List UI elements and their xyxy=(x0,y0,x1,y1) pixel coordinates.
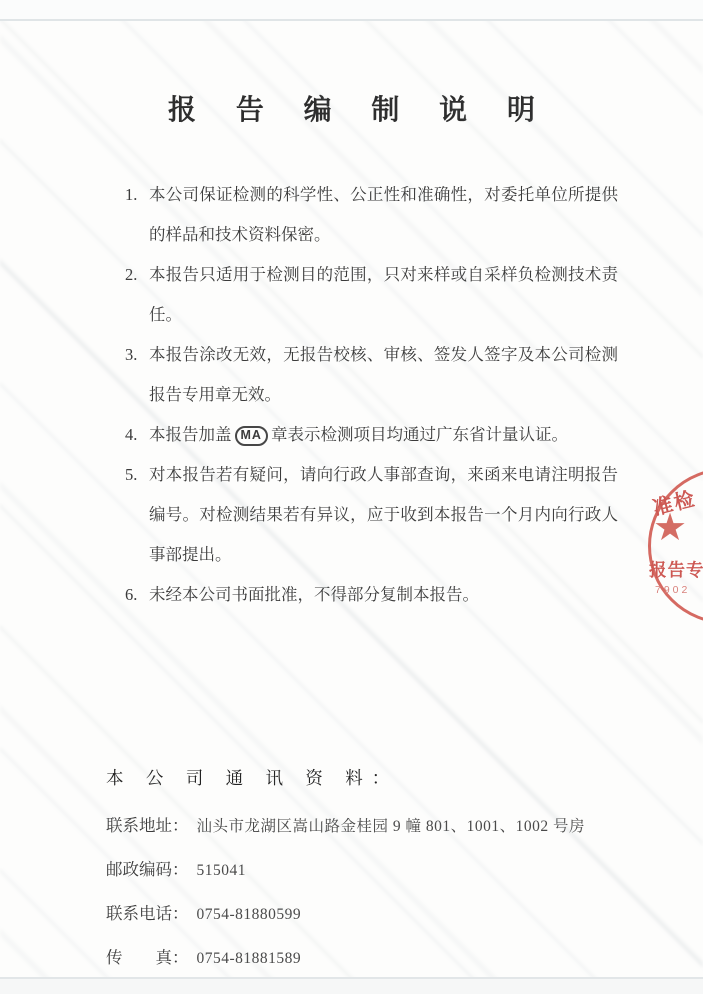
contact-row-fax: 传 真： 0754-81881589 xyxy=(106,944,703,968)
scan-artifact-top-strip xyxy=(0,0,703,19)
list-item-number: 2. xyxy=(125,255,149,335)
contact-heading: 本 公 司 通 讯 资 料： xyxy=(106,765,703,790)
list-item-text: 对本报告若有疑问，请向行政人事部查询，来函来电请注明报告编号。对检测结果若有异议… xyxy=(149,455,618,575)
contact-label: 联系地址： xyxy=(106,812,189,836)
stamp-center-text: 报告专 xyxy=(649,557,703,582)
contact-row-postcode: 邮政编码： 515041 xyxy=(106,856,703,880)
scanned-report-page: 报 告 编 制 说 明 1. 本公司保证检测的科学性、公正性和准确性，对委托单位… xyxy=(0,0,703,994)
list-item-text-after: 章表示检测项目均通过广东省计量认证。 xyxy=(271,425,568,444)
list-item-number: 1. xyxy=(125,175,149,255)
stamp-number: 7902 xyxy=(655,584,690,596)
scan-artifact-top-line xyxy=(0,19,703,21)
red-seal-stamp: 准检 ★ 报告专 7902 xyxy=(648,468,703,624)
star-icon: ★ xyxy=(653,509,687,547)
list-item-number: 5. xyxy=(125,455,149,575)
list-item: 2. 本报告只适用于检测目的范围，只对来样或自采样负检测技术责任。 xyxy=(125,255,618,335)
contact-label: 邮政编码： xyxy=(106,856,189,880)
contact-label: 传 真： xyxy=(106,944,189,968)
list-item-text: 本报告加盖MA章表示检测项目均通过广东省计量认证。 xyxy=(149,415,618,455)
contact-value: 0754-81880599 xyxy=(197,906,302,924)
list-item-number: 6. xyxy=(125,575,149,615)
list-item-text: 本报告只适用于检测目的范围，只对来样或自采样负检测技术责任。 xyxy=(149,255,618,335)
contact-row-address: 联系地址： 汕头市龙湖区嵩山路金桂园 9 幢 801、1001、1002 号房 xyxy=(106,812,703,836)
list-item: 1. 本公司保证检测的科学性、公正性和准确性，对委托单位所提供的样品和技术资料保… xyxy=(125,175,618,255)
list-item: 4. 本报告加盖MA章表示检测项目均通过广东省计量认证。 xyxy=(125,415,618,455)
company-contact-block: 本 公 司 通 讯 资 料： 联系地址： 汕头市龙湖区嵩山路金桂园 9 幢 80… xyxy=(106,765,703,968)
list-item-text: 未经本公司书面批准，不得部分复制本报告。 xyxy=(149,575,618,615)
report-notes-list: 1. 本公司保证检测的科学性、公正性和准确性，对委托单位所提供的样品和技术资料保… xyxy=(125,175,618,615)
list-item: 6. 未经本公司书面批准，不得部分复制本报告。 xyxy=(125,575,618,615)
contact-value: 汕头市龙湖区嵩山路金桂园 9 幢 801、1001、1002 号房 xyxy=(197,814,586,836)
list-item-text-before: 本报告加盖 xyxy=(149,425,232,444)
contact-label: 联系电话： xyxy=(106,900,189,924)
cma-certification-mark-icon: MA xyxy=(235,426,268,446)
list-item: 3. 本报告涂改无效，无报告校核、审核、签发人签字及本公司检测报告专用章无效。 xyxy=(125,335,618,415)
scan-artifact-bottom-strip xyxy=(0,979,703,994)
list-item-text: 本公司保证检测的科学性、公正性和准确性，对委托单位所提供的样品和技术资料保密。 xyxy=(149,175,618,255)
contact-row-phone: 联系电话： 0754-81880599 xyxy=(106,900,703,924)
contact-value: 0754-81881589 xyxy=(197,950,302,968)
list-item: 5. 对本报告若有疑问，请向行政人事部查询，来函来电请注明报告编号。对检测结果若… xyxy=(125,455,618,575)
contact-value: 515041 xyxy=(197,862,247,880)
list-item-number: 4. xyxy=(125,415,149,455)
list-item-text: 本报告涂改无效，无报告校核、审核、签发人签字及本公司检测报告专用章无效。 xyxy=(149,335,618,415)
list-item-number: 3. xyxy=(125,335,149,415)
